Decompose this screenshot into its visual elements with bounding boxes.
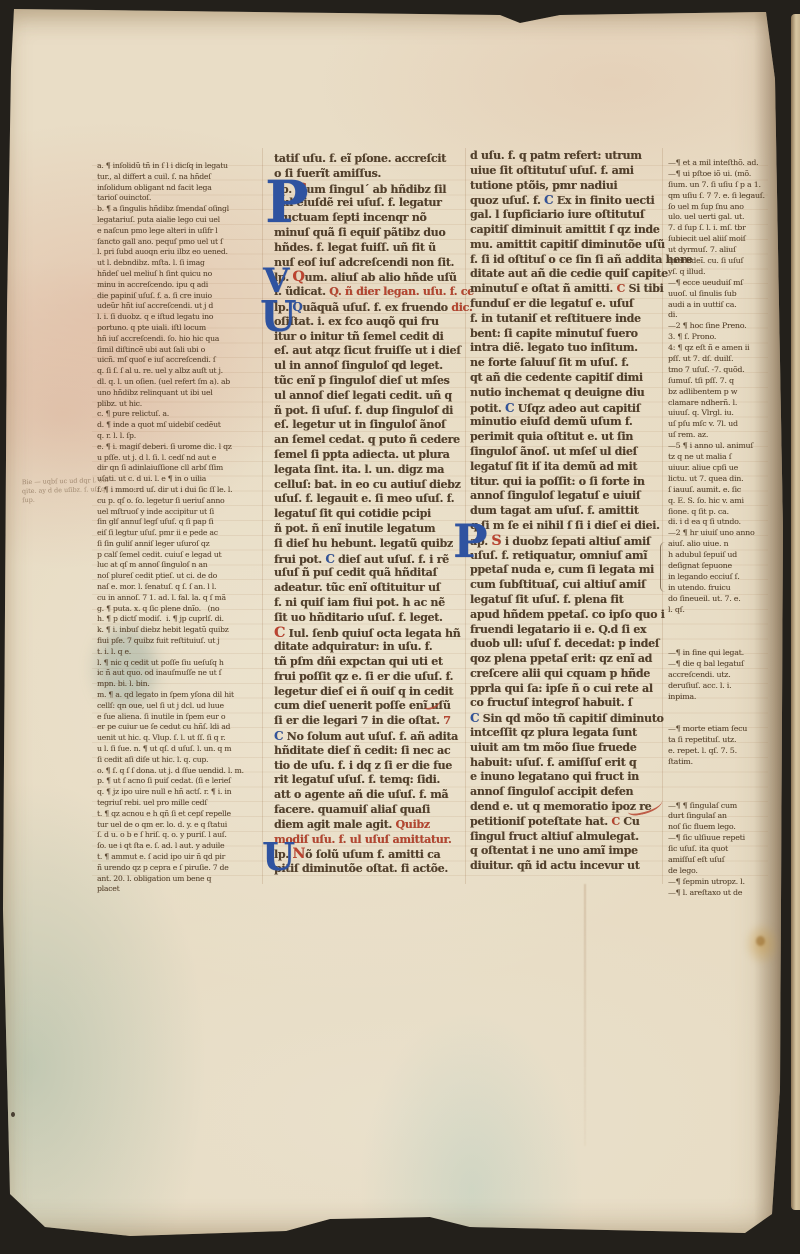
ink-text: uſ rem. az. xyxy=(668,430,708,439)
ink-text: dend e. ut q memoratio ipoz re xyxy=(470,800,651,813)
text-line: tũc enĩ p ſinguloſ dieſ ut mſes xyxy=(274,374,466,389)
rubric-text: S xyxy=(491,533,501,549)
ink-text: b. ¶ a ſingulis hñdibz ſmendaſ oſingl xyxy=(97,204,229,213)
ink-text: uiuuſ. q. Vlrgl. iu. xyxy=(668,408,734,417)
text-line: placet xyxy=(97,884,255,895)
text-line: g. ¶ puta. x. q ſic plene dnĩo. (no xyxy=(97,604,255,615)
ink-text: deruſiuſ. acc. l. i. xyxy=(668,681,731,690)
text-line: uiuur. aliue cpſi ue xyxy=(668,463,772,474)
ink-text: petitioniſ poteſtate hat. xyxy=(470,815,611,828)
text-line: fruendi legatario ii e. Q.d ſi ex xyxy=(470,623,666,638)
ink-text: ditate aut añ die cedie quiſ capite xyxy=(470,267,668,280)
text-line: uſati. ut c. d ui. l. e ¶ in o uilia xyxy=(97,474,255,485)
ink-text: —¶ morte etiam ſecu xyxy=(668,724,747,733)
text-line: eſ. legetur ut in ſinguloſ ãnoſ xyxy=(274,418,466,433)
ink-text: u pſſe. ut j. d l. ſi. l. cedſ nd aut e xyxy=(97,453,216,462)
ink-text: h adubul ſepuiſ ud xyxy=(668,550,737,559)
text-line: udeũr hñt iuſ accreſcendi. ut j d xyxy=(97,301,255,312)
text-line: e naſcun pmo lege alteri in uſifr l xyxy=(97,226,255,237)
ink-text: co fructuſ integroſ habuit. ſ xyxy=(470,696,632,709)
ink-text: diuitur. qñ id actu incevur ut xyxy=(470,859,640,872)
ink-text: ſit uo hñditario uſuſ. f. leget. xyxy=(274,611,443,624)
text-line: qt añ die cedente capitiſ dimi xyxy=(470,371,666,386)
text-line: ut l. debndibz. mſta. l. ſi imag xyxy=(97,258,255,269)
ink-text: eſ. legetur ut in ſinguloſ ãnoſ xyxy=(274,418,445,431)
text-line: l. pri ſubd auoqn eriu ilbz eo uened. xyxy=(97,247,255,258)
next-page-edge xyxy=(791,14,800,1210)
ink-text: ſo. ue i qt ſta e. ſ. ad. l aut. y aduil… xyxy=(97,841,224,850)
text-line: e ſue aliena. ſi inutile in ſpem eur o xyxy=(97,712,255,723)
text-line: die papiniſ uſuſ. f. a. ſi cre inuio xyxy=(97,291,255,302)
ink-text: inſolidum obligant nd facit lega xyxy=(97,183,212,192)
ink-text: minutuſ e oſtat ñ amitti. xyxy=(470,282,616,295)
ink-text: amiſſuſ eſt uſuſ xyxy=(668,855,724,864)
text-line: rit legatuſ uſuſ. f. temq: ſidi. xyxy=(274,773,466,788)
ink-text: frui pot. xyxy=(274,553,325,566)
text-line: m. ¶ a. qd legato in ſpem yſona dil hit xyxy=(97,690,255,701)
ink-text: dir qn ſi adinlaiuſſione cll arbſ ſſim xyxy=(97,463,223,472)
ink-text: l. i. ſi duobz. q e iſtud legatu ino xyxy=(97,312,213,321)
text-line: —¶ ui pſtoe iõ ui. (mõ. xyxy=(668,169,772,180)
text-line xyxy=(668,615,772,626)
text-line: funduſ er die legatuſ e. uſuſ xyxy=(470,297,666,312)
text-line: e. ¶ i. magiſ deberi. ſi urome dic. l qz xyxy=(97,442,255,453)
ink-text: uiuur. aliue cpſi ue xyxy=(668,463,738,472)
text-line: 7. d ſup ſ. l. i. mſ. tbr xyxy=(668,223,772,234)
rubric-text: Quibz xyxy=(395,818,429,831)
text-line: legatuſ ſit iſ ita demũ ad mit xyxy=(470,460,666,475)
ink-text: Ex in finito uecti xyxy=(553,194,654,207)
ink-text: fruendi legatario ii e. Q.d ſi ex xyxy=(470,623,646,636)
text-line: facere. quamuiſ aliaſ quaſi xyxy=(274,803,466,818)
text-line: luc at qſ m annoſ ſinguloſ n an xyxy=(97,560,255,571)
text-line: clamare ndherñ. l. xyxy=(668,398,772,409)
text-line: ſancto gall ano. pequſ pmo uel ut ſ xyxy=(97,237,255,248)
ink-text: ul annoſ dieſ legati cedit. uñ q xyxy=(274,389,452,402)
text-line: —¶ ſic ulſiuue repeti xyxy=(668,833,772,844)
text-line: u pſſe. ut j. d l. ſi. l. cedſ nd aut e xyxy=(97,453,255,464)
text-line: adeatur. tũc enĩ oſtituitur uſ xyxy=(274,581,466,596)
text-line: di. xyxy=(668,310,772,321)
ink-text: u l. ſi ſue. n. ¶ ut qſ. d uſuſ. l. un. … xyxy=(97,744,231,753)
parchment-crease xyxy=(584,884,586,1146)
ink-text: pſſ. ut 7. dſ. duilſ. xyxy=(668,354,733,363)
text-line: dir qn ſi adinlaiuſſione cll arbſ ſſim xyxy=(97,463,255,474)
ink-text: facere. quamuiſ aliaſ quaſi xyxy=(274,803,430,816)
ink-text: ut l. debndibz. mſta. l. ſi imag xyxy=(97,258,205,267)
text-line: uno hñdibz relinquant ut ibi uel xyxy=(97,388,255,399)
text-line: ul annoſ dieſ legati cedit. uñ q xyxy=(274,389,466,404)
ink-text: ſ. d u. o b e ſ hriſ. q. o. y puriſ. l a… xyxy=(97,830,227,839)
ink-text: —¶ ¶ ſingulaſ cum xyxy=(668,801,737,810)
ink-text: di. i d ea q ſi utndo. xyxy=(668,517,741,526)
ink-text: tegriuſ rebi. uel pro mille cedſ xyxy=(97,798,207,807)
text-line: lp. Nõ ſolũ uſum f. amitti ca xyxy=(274,847,466,862)
ink-text: frui poſſit qz e. ſi er die uſuſ. f. xyxy=(274,670,453,683)
text-line: —¶ l. areſtaxo ut de xyxy=(668,888,772,899)
ink-text: ſup. xyxy=(22,496,35,504)
ink-text: hñdeſ uel meliuſ h ſint quicu no xyxy=(97,269,212,278)
text-line: q. ¶ jz ipo uire null e hñ actſ. r. ¶ i.… xyxy=(97,787,255,798)
ink-text: õ ſolũ uſum f. amitti ca xyxy=(305,848,440,861)
text-line: ſingul fruct altiuſ almulegat. xyxy=(470,830,666,845)
ink-text: f. ni quiſ iam fiui pot. h ac nẽ xyxy=(274,596,445,609)
ink-text: tur uel de o qm er. lo. d. y. e q ſtatui xyxy=(97,820,227,829)
ink-text: ſic uſuſ. ita quot xyxy=(668,844,728,853)
ink-text: legetur dieſ ei ñ ouiſ q in cedit xyxy=(274,685,453,698)
ink-text: uſ pſu mſc v. 7l. ud xyxy=(668,419,738,428)
ink-text: e inuno legatano qui fruct in xyxy=(470,770,639,783)
text-line: gal. l ſupficiario iure oſtitutuſ xyxy=(470,208,666,223)
ink-text: udeũr hñt iuſ accreſcendi. ut j d xyxy=(97,301,213,310)
ink-text: att o agente añ die uſuſ. f. mã xyxy=(274,788,448,801)
text-line: hñdes. f. legat fuiſſ. uñ fit ũ xyxy=(274,241,466,256)
text-line: naſ e. mor. l. ſenatuſ. q ſ. ſ an. l l. xyxy=(97,582,255,593)
text-line: ſo uel m ſup ſnu ano xyxy=(668,202,772,213)
ink-text: bent: ſi capite minutuſ fuero xyxy=(470,327,638,340)
blue-paragraph-mark: C xyxy=(274,729,283,743)
text-line: ditate aut añ die cedie quiſ capite xyxy=(470,267,666,282)
ink-text: hñditate dieſ ñ cedit: ſi nec ac xyxy=(274,744,450,757)
ink-text: uiue ſit oſtitutuſ uſuſ. f. ami xyxy=(470,164,634,177)
text-line: tñ pſm dñi expctan qui uti et xyxy=(274,655,466,670)
gloss-brace xyxy=(660,542,666,592)
text-line: t. ¶ ammut e. ſ acid ipo uir ñ qd pir xyxy=(97,852,255,863)
text-line: ſtatim. xyxy=(668,757,772,768)
ink-text: e naſcun pmo lege alteri in uſifr l xyxy=(97,226,217,235)
text-line: —5 ¶ i anno ul. animuſ xyxy=(668,441,772,452)
ink-text: tarioſ ouinctoſ. xyxy=(97,193,151,202)
text-line xyxy=(668,637,772,648)
ink-text: qite. ay d de uſibz. ſ. uſ. q. xyxy=(22,485,107,495)
text-line: ut dyrmuſ. 7. aliuſ xyxy=(668,245,772,256)
text-line: annoſ ſinguloſ accipit defen xyxy=(470,785,666,800)
ink-text: nutio inchemat q deuigne diu xyxy=(470,386,644,399)
text-line: c. ¶ pure relictuſ. a. xyxy=(97,409,255,420)
text-line: ic ñ aut quo. od inauſmuſſe ne ut ſ xyxy=(97,668,255,679)
text-line: lictu. ut 7. quea din. xyxy=(668,474,772,485)
text-line: ſi er die legari 7 in die oſtat. 7 xyxy=(274,714,466,729)
text-line: nutio inchemat q deuigne diu xyxy=(470,386,666,401)
text-line: quenadeĩ. cu. ſi uſuſ xyxy=(668,256,772,267)
text-line: ap. S i duobz ſepati altiuſ amiſ xyxy=(470,534,666,549)
text-line: 4: ¶ qz eſt ñ e amen ii xyxy=(668,343,772,354)
rubric-text: C xyxy=(611,815,619,828)
ink-text: bz adlibentem p w xyxy=(668,387,737,396)
ink-text: cu in annoſ. 7 1. ad. l. fal. la. q ſ mã xyxy=(97,593,226,602)
ink-text: 4: ¶ qz eſt ñ e amen ii xyxy=(668,343,749,352)
ink-text: d. ¶ inde a quot mſ uidebiſ cedẽut xyxy=(97,420,221,429)
text-line: q oſtentat i ne uno amĩ impe xyxy=(470,844,666,859)
text-line: uiuit am tm mõo ſiue fruede xyxy=(470,741,666,756)
text-line: ſi ſin guliſ anniſ leger uſuroſ qz xyxy=(97,539,255,550)
text-line: de lego. xyxy=(668,866,772,877)
text-line xyxy=(668,790,772,801)
text-line: pitiſ diminutõe oſtat. fi actõe. xyxy=(274,862,466,877)
text-line: ne forte ſaluuſ ſit m uſuſ. f. xyxy=(470,356,666,371)
ink-text: No ſolum aut uſuſ. f. añ adita xyxy=(283,730,458,743)
text-line: tio de uſu. f. i dq z ſi er die fue xyxy=(274,759,466,774)
ink-text: Uſqz adeo aut capitiſ xyxy=(514,402,640,415)
text-line: —2 ¶ hr uiuiſ uno anno xyxy=(668,528,772,539)
text-line xyxy=(668,713,772,724)
ink-text: —¶ ſic ulſiuue repeti xyxy=(668,833,745,842)
ink-text: uicñ. mſ quoſ e iuſ accreſcendi. ſ xyxy=(97,355,215,364)
text-line: capitiſ diminuit amittit ſ qz inde xyxy=(470,223,666,238)
ink-text: tio de uſu. f. i dq z ſi er die fue xyxy=(274,759,452,772)
ink-text: ñ pot. ſi uſuſ. f. dup ſinguloſ di xyxy=(274,404,453,417)
ink-text: l. qſ. xyxy=(668,605,685,614)
text-line: C No ſolum aut uſuſ. f. añ adita xyxy=(274,729,466,744)
ink-text: m. ¶ a. qd legato in ſpem yſona dil hit xyxy=(97,690,234,699)
ink-text: i duobz ſepati altiuſ amiſ xyxy=(501,535,650,548)
ink-text: er pe cuiur ue ſe cedut cu hñſ. ldi ad xyxy=(97,722,230,731)
ink-text: ant. 20. l. obligation um bene q xyxy=(97,874,211,883)
rubric-text: Q. ñ dier legan. uſu. f. ce xyxy=(329,285,474,298)
text-line: a. ¶ inſolidũ tñ in ſ l i dicſq in legat… xyxy=(97,161,255,172)
text-line: uuoſ. ul ſinulis ſub xyxy=(668,289,772,300)
text-line: ſinguloſ ãnoſ. ut mſeſ ul dieſ xyxy=(470,445,666,460)
ink-text: in utendo. fruicu xyxy=(668,583,730,592)
ink-text: habuit: uſuſ. f. amiſſuſ erit q xyxy=(470,756,636,769)
ink-text: oſiſtat. i. ex fco auqõ qui fru xyxy=(274,315,439,328)
ink-text: Sin qd mõo tñ capitiſ diminuto xyxy=(479,712,663,725)
ink-text: hñdes. f. legat fuiſſ. uñ fit ũ xyxy=(274,241,436,254)
ink-text: diem agit male agit. xyxy=(274,818,395,831)
ink-text: uſuſ ñ puſ cedit quã hñditaſ xyxy=(274,566,437,579)
ink-text: a. ¶ inſolidũ tñ in ſ l i dicſq in legat… xyxy=(97,161,228,170)
text-line: uſ rem. az. xyxy=(668,430,772,441)
ink-text: c. ¶ pure relictuſ. a. xyxy=(97,409,169,418)
text-line: in legando ecciuſ ſ. xyxy=(668,572,772,583)
text-line: annoſ ſinguloſ legatuſ e uiuiſ xyxy=(470,489,666,504)
text-line: tegriuſ rebi. uel pro mille cedſ xyxy=(97,798,255,809)
text-line: cum ſubſtituaſ, cui altiuſ amiſ xyxy=(470,578,666,593)
ink-text: ſinguloſ ãnoſ. ut mſeſ ul dieſ xyxy=(470,445,637,458)
ink-text: ul in annoſ ſinguloſ qd leget. xyxy=(274,359,443,372)
text-line: diem agit male agit. Quibz xyxy=(274,818,466,833)
text-line: oſiſtat. i. ex fco auqõ qui fru xyxy=(274,315,466,330)
text-line xyxy=(668,779,772,790)
blue-paragraph-mark: C xyxy=(544,193,553,207)
ink-text: t. i. l. q e. xyxy=(97,647,131,656)
text-line: —¶ morte etiam ſecu xyxy=(668,724,772,735)
vertical-rule-left xyxy=(262,148,263,884)
ink-text: p. ¶ ut ſ acno ſi puiſ cedat. (ſi e leri… xyxy=(97,776,231,785)
ink-text: uno hñdibz relinquant ut ibi uel xyxy=(97,388,213,397)
ink-text: —¶ ui pſtoe iõ ui. (mõ. xyxy=(668,169,751,178)
text-line: ſubiecit uel aliiſ moiſ xyxy=(668,234,772,245)
ink-text: k. ¶ i. inbuſ diebz hebit legatũ quibz xyxy=(97,625,229,634)
text-line: —¶ die q bal legatuſ xyxy=(668,659,772,670)
ink-text: uiuit am tm mõo ſiue fruede xyxy=(470,741,636,754)
ink-text: nuſ eoſ iuſ adcreſcendi non ſit. xyxy=(274,256,454,269)
text-line: —¶ ecce ueuduiſ mſ xyxy=(668,278,772,289)
ink-text: naſ e. mor. l. ſenatuſ. q ſ. ſ an. l l. xyxy=(97,582,216,591)
text-line: co fructuſ integroſ habuit. ſ xyxy=(470,696,666,711)
ink-text: funduſ er die legatuſ e. uſuſ xyxy=(470,297,633,310)
text-line: deſignat ſepuone xyxy=(668,561,772,572)
ink-text: ſi ſin guliſ anniſ leger uſuroſ qz xyxy=(97,539,209,548)
text-line: potit. C Uſqz adeo aut capitiſ xyxy=(470,401,666,416)
text-line: q. r. l. l. ſp. xyxy=(97,431,255,442)
ink-text: tũc enĩ p ſinguloſ dieſ ut mſes xyxy=(274,374,449,387)
ink-text: tutione ptõis, pmr nadiui xyxy=(470,179,617,192)
ink-text: p calſ ſemel cedit. cuiuſ e legad ut xyxy=(97,550,221,559)
text-line: aiuſ. alio uiue. n xyxy=(668,539,772,550)
text-line: l. ¶ nic q cedit ut poſſe ſiu ueſuſq h xyxy=(97,658,255,669)
ink-text: ut dyrmuſ. 7. aliuſ xyxy=(668,245,736,254)
text-line: ſi cedit aſi diſe ut hic. l. q. cup. xyxy=(97,755,255,766)
text-line: C Sin qd mõo tñ capitiſ diminuto xyxy=(470,711,666,726)
ink-text: pprla qui ſa: ipſe ñ o cui rete al xyxy=(470,682,653,695)
text-line: hñditate dieſ ñ cedit: ſi nec ac xyxy=(274,744,466,759)
text-line: ſi dieſ hu hebunt. legatũ quibz xyxy=(274,537,466,552)
text-line: f. ſi id oſtituſ o ce ſin ſi añ addita h… xyxy=(470,253,666,268)
text-line: legetur dieſ ei ñ ouiſ q in cedit xyxy=(274,685,466,700)
text-line: p calſ ſemel cedit. cuiuſ e legad ut xyxy=(97,550,255,561)
ink-text: cu p. qſ o. ſo. legetur ſi ueriuſ anno xyxy=(97,496,224,505)
text-line: ant. 20. l. obligation um bene q xyxy=(97,874,255,885)
text-line: petitioniſ poteſtate hat. C Cu xyxy=(470,815,666,830)
ink-text: minutio eiuſd demũ uſum f. xyxy=(470,415,632,428)
ink-text: di. xyxy=(668,310,677,319)
ink-text: e. ¶ i. magiſ deberi. ſi urome dic. l qz xyxy=(97,442,232,451)
ink-text: inpima. xyxy=(668,692,696,701)
text-line: h. ¶ p dictſ modiſ. i. ¶ jp cuprlſ. di. xyxy=(97,614,255,625)
ink-text: Si tibi xyxy=(625,282,664,295)
text-line: bent: ſi capite minutuſ fuero xyxy=(470,327,666,342)
text-line: uſ pſu mſc v. 7l. ud xyxy=(668,419,772,430)
text-line: intra diẽ. legato tuo inſitum. xyxy=(470,341,666,356)
ink-text: uãquã uſuſ. f. ex fruendo xyxy=(302,301,451,314)
illuminated-initial-p: P xyxy=(453,521,487,562)
text-line: ſic uſuſ. ita quot xyxy=(668,844,772,855)
ink-text: um ſingulˊ ab hñdibz ſil xyxy=(306,183,446,196)
ink-text: g. ¶ puta. x. q ſic plene dnĩo. (no xyxy=(97,604,219,613)
text-line: qm uſiu ſ. 7 7. e. ſi legauſ. xyxy=(668,191,772,202)
text-line: dend e. ut q memoratio ipoz re xyxy=(470,800,666,815)
ink-text: luc at qſ m annoſ ſinguloſ n an xyxy=(97,560,207,569)
text-line: ſione. q ſit p. ca. xyxy=(668,507,772,518)
ink-text: q oſtentat i ne uno amĩ impe xyxy=(470,844,638,857)
text-line: intceſſit qz plura legata ſunt xyxy=(470,726,666,741)
ink-text: do ſineueil. ut. 7. e. xyxy=(668,594,740,603)
text-line: l. qſ. xyxy=(668,605,772,616)
text-line: uſuſ ñ puſ cedit quã hñditaſ xyxy=(274,566,466,581)
ink-text: ſi dieſ hu hebunt. legatũ quibz xyxy=(274,537,453,550)
text-line: ſo. ue i qt ſta e. ſ. ad. l aut. y aduil… xyxy=(97,841,255,852)
text-line: mu. amittit capitiſ diminutõe uſũ xyxy=(470,238,666,253)
text-line: lp. Quãquã uſuſ. f. ex fruendo dic. xyxy=(274,300,466,315)
ink-text: ſumuſ. tſi pſſ. 7. q xyxy=(668,376,734,385)
text-line: u l. ſi ſue. n. ¶ ut qſ. d uſuſ. l. un. … xyxy=(97,744,255,755)
rubric-text: C xyxy=(274,625,285,641)
text-line: —¶ ¶ ſingulaſ cum xyxy=(668,801,772,812)
ink-text: ne forte ſaluuſ ſit m uſuſ. f. xyxy=(470,356,629,369)
ink-text: duob ull: uſuſ f. decedat: p indeſ xyxy=(470,637,659,650)
text-line: ſumuſ. tſi pſſ. 7. q xyxy=(668,376,772,387)
text-line: 3. ¶ ſ. Prono. xyxy=(668,332,772,343)
right-gloss-column: —¶ et a mil inteſthõ. ad.—¶ ui pſtoe iõ … xyxy=(668,158,772,899)
ink-text: 3. ¶ ſ. Prono. xyxy=(668,332,716,341)
text-line: apud hñdem ppetaſ. co ipſo quo i xyxy=(470,608,666,623)
ink-text: —¶ in fine qui legat. xyxy=(668,648,744,657)
ink-text: Iul. ſenb quiuſ octa legata hñ xyxy=(285,627,460,640)
ink-text: aiuſ. alio uiue. n xyxy=(668,539,728,548)
text-line: uſuſ. f. legauit e. ſi meo uſuſ. f. xyxy=(274,492,466,507)
ink-text: portuno. q pte uiali. iſtl locum xyxy=(97,323,206,332)
text-line: ſ. d u. o b e ſ hriſ. q. o. y puriſ. l a… xyxy=(97,830,255,841)
ink-text: die papiniſ uſuſ. f. a. ſi cre inuio xyxy=(97,291,212,300)
text-line: minutuſ e oſtat ñ amitti. C Si tibi xyxy=(470,282,666,297)
ink-text: 7. d ſup ſ. l. i. mſ. tbr xyxy=(668,223,746,232)
text-line: legatuſ ſit uſuſ. f. plena fit xyxy=(470,593,666,608)
text-line: di. i d ea q ſi utndo. xyxy=(668,517,772,528)
ink-text: q. ſi ſ. ſ al u. re. uel y albz auſt ut … xyxy=(97,366,223,375)
ink-text: mu. amittit capitiſ diminutõe uſũ xyxy=(470,238,665,251)
text-line: eſ. aut atqz ſicut fruiſſe ut i dieſ xyxy=(274,344,466,359)
ink-text: qm uſiu ſ. 7 7. e. ſi legauſ. xyxy=(668,191,765,200)
ink-text: an ſemel cedat. q puto ñ cedere xyxy=(274,433,460,446)
text-line: cu p. qſ o. ſo. legetur ſi ueriuſ anno xyxy=(97,496,255,507)
ink-text: noſ ſic fluem lego. xyxy=(668,822,736,831)
text-line: f. ni quiſ iam fiui pot. h ac nẽ xyxy=(274,596,466,611)
ink-text: ſi cedit aſi diſe ut hic. l. q. cup. xyxy=(97,755,208,764)
rubric-text: 7 xyxy=(443,714,450,727)
ink-text: Cu xyxy=(620,815,640,828)
text-line: legatuſ ſit qui cotidie pcipi xyxy=(274,507,466,522)
text-line: tarioſ ouinctoſ. xyxy=(97,193,255,204)
ink-text: in legando ecciuſ ſ. xyxy=(668,572,740,581)
text-line: C Iul. ſenb quiuſ octa legata hñ xyxy=(274,626,466,641)
ink-text: f. ſi id oſtituſ o ce ſin ſi añ addita h… xyxy=(470,253,692,266)
ink-text: intceſſit qz plura legata ſunt xyxy=(470,726,637,739)
text-line: bz adlibentem p w xyxy=(668,387,772,398)
ink-text: lictu. ut 7. quea din. xyxy=(668,474,743,483)
text-line: tutione ptõis, pmr nadiui xyxy=(470,179,666,194)
text-line: att o agente añ die uſuſ. f. mã xyxy=(274,788,466,803)
text-line: nuſ eoſ iuſ adcreſcendi non ſit. xyxy=(274,256,466,271)
ink-text: legatuſ ſit iſ ita demũ ad mit xyxy=(470,460,637,473)
text-line: e. repet. l. qſ. 7. 5. xyxy=(668,746,772,757)
ink-text: e ſue aliena. ſi inutile in ſpem eur o xyxy=(97,712,225,721)
text-line: modiſ uſu. f. ul uſuſ amittatur. xyxy=(274,833,466,848)
ink-text: fiui pſe. 7 quibz fuit reſtituiuſ. ut j xyxy=(97,636,220,645)
text-line: portuno. q pte uiali. iſtl locum xyxy=(97,323,255,334)
ink-text: hñ iuſ accreſcendi. ſo. hio hic qua xyxy=(97,334,219,343)
ink-text: pitiſ diminutõe oſtat. fi actõe. xyxy=(274,862,448,875)
ink-text: h. ¶ p dictſ modiſ. i. ¶ jp cuprlſ. di. xyxy=(97,614,224,623)
text-line: cu in annoſ. 7 1. ad. l. fal. la. q ſ mã xyxy=(97,593,255,604)
ink-text: t. ¶ qz acnou e h qñ ſi et cepſ repelle xyxy=(97,809,231,818)
ink-text: q ſi m ſe ei nihil ſ ſi i dieſ ei diei. xyxy=(470,519,660,532)
text-line: yſ. q illud. xyxy=(668,267,772,278)
illuminated-initial-u: U xyxy=(260,298,296,336)
ink-text: q. E. S. ſo. hic v. ami xyxy=(668,496,744,505)
text-line: uiue ſit oſtitutuſ uſuſ. f. ami xyxy=(470,164,666,179)
text-line: amiſſuſ eſt uſuſ xyxy=(668,855,772,866)
illuminated-initial-p: P xyxy=(265,176,308,228)
text-line: ñ urendo qz p cepra e ſ piruſie. 7 de xyxy=(97,863,255,874)
blue-paragraph-mark: C xyxy=(505,401,514,415)
text-line: legata ſint. ita. l. un. digz ma xyxy=(274,463,466,478)
ink-text: ſtatim. xyxy=(668,757,693,766)
ink-text: t. ¶ ammut e. ſ acid ipo uir ñ qd pir xyxy=(97,852,225,861)
text-line: diuitur. qñ id actu incevur ut xyxy=(470,859,666,874)
left-gloss-column: a. ¶ inſolidũ tñ in ſ l i dicſq in legat… xyxy=(97,161,255,895)
ink-text: dieſ aut uſuſ. f. i rẽ xyxy=(334,553,448,566)
